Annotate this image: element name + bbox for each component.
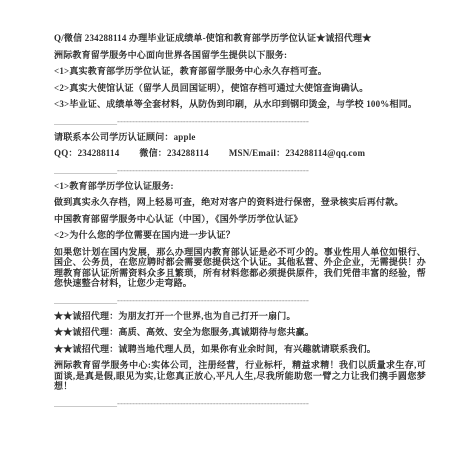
section2-title: <2>为什么您的学位需要在国内进一步认证？ <box>54 230 426 241</box>
section1-line-2: 中国教育部留学服务中心认证（中国），《国外学历学位认证》 <box>54 214 426 225</box>
service-item-1: <1>真实教育部学历学位认证，教育部留学服务中心永久存档可查。 <box>54 66 426 77</box>
qq-contact: QQ：234288114 <box>54 148 119 159</box>
contact-advisor-line: 请联系本公司学历认证顾问：apple <box>54 132 426 143</box>
contact-detail-line: QQ：234288114 微信：234288114 MSN/Email：2342… <box>54 148 426 159</box>
section1-line-1: 做到真实永久存档，网上轻易可查，绝对对客户的资料进行保密，登录核实后再付款。 <box>54 197 426 208</box>
divider-line: ______________--------------------------… <box>54 398 426 408</box>
wechat-contact: 微信：234288114 <box>139 148 208 159</box>
closing-paragraph: 洲际教育留学服务中心:实体公司，注册经营，行业标杆，精益求精！我们以质量求生存,… <box>54 360 426 392</box>
agent-line-3: ★★诚招代理：诚聘当地代理人员，如果你有业余时间，有兴趣就请联系我们。 <box>54 344 426 355</box>
document-page: Q/微信 234288114 办理毕业证成绩单-使馆和教育部学历学位认证★诚招代… <box>54 33 426 414</box>
agent-line-1: ★★诚招代理：为朋友打开一个世界,也为自己打开一扇门。 <box>54 311 426 322</box>
section2-body: 如果您计划在国内发展，那么办理国内教育部认证是必不可少的。事业性用人单位如银行、… <box>54 247 426 289</box>
agent-line-2: ★★诚招代理：高质、高效、安全为您服务,真诚期待与您共赢。 <box>54 327 426 338</box>
divider-line: ______________--------------------------… <box>54 295 426 305</box>
email-contact: MSN/Email：234288114@qq.com <box>229 148 365 159</box>
service-item-2: <2>真实大使馆认证（留学人员回国证明），使馆存档可通过大使馆查询确认。 <box>54 83 426 94</box>
header-line: Q/微信 234288114 办理毕业证成绩单-使馆和教育部学历学位认证★诚招代… <box>54 33 426 44</box>
divider-line: ______________--------------------------… <box>54 165 426 175</box>
intro-line: 洲际教育留学服务中心面向世界各国留学生提供以下服务: <box>54 50 426 61</box>
divider-line: ______________--------------------------… <box>54 116 426 126</box>
section1-title: <1>教育部学历学位认证服务: <box>54 181 426 192</box>
service-item-3: <3>毕业证、成绩单等全套材料，从防伪到印刷，从水印到钢印烫金，与学校 100%… <box>54 99 426 110</box>
